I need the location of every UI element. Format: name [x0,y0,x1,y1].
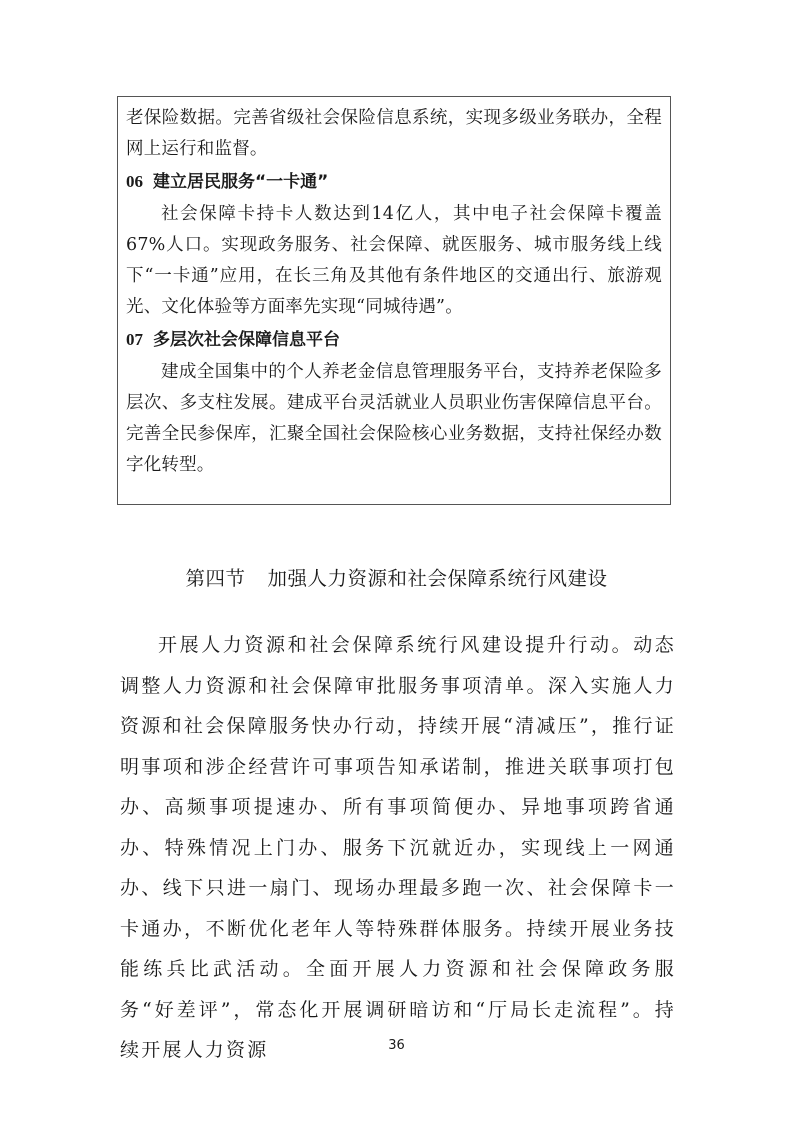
box-item-title: 多层次社会保障信息平台 [153,330,340,350]
box-item-title: 建立居民服务“一卡通” [153,172,328,192]
box-item-number: 07 [126,330,143,349]
box-item-heading-07: 07多层次社会保障信息平台 [126,323,662,357]
section-title: 加强人力资源和社会保障系统行风建设 [268,567,608,590]
body-paragraph: 开展人力资源和社会保障系统行风建设提升行动。动态调整人力资源和社会保障审批服务事… [120,625,676,1071]
body-text: 开展人力资源和社会保障系统行风建设提升行动。动态调整人力资源和社会保障审批服务事… [120,625,676,1071]
page-number: 36 [0,1038,793,1053]
box-item-text-06: 社会保障卡持卡人数达到14亿人，其中电子社会保障卡覆盖67%人口。实现政务服务、… [126,199,662,323]
box-item-number: 06 [126,172,143,191]
section-label: 第四节 [185,567,245,590]
box-item-text-07: 建成全国集中的个人养老金信息管理服务平台，支持养老保险多层次、多支柱发展。建成平… [126,357,662,481]
box-item-heading-06: 06建立居民服务“一卡通” [126,165,662,199]
boxed-column: 老保险数据。完善省级社会保险信息系统，实现多级业务联办，全程网上运行和监督。 0… [117,96,671,505]
section-heading: 第四节加强人力资源和社会保障系统行风建设 [0,563,793,591]
box-continuation-text: 老保险数据。完善省级社会保险信息系统，实现多级业务联办，全程网上运行和监督。 [126,103,662,165]
